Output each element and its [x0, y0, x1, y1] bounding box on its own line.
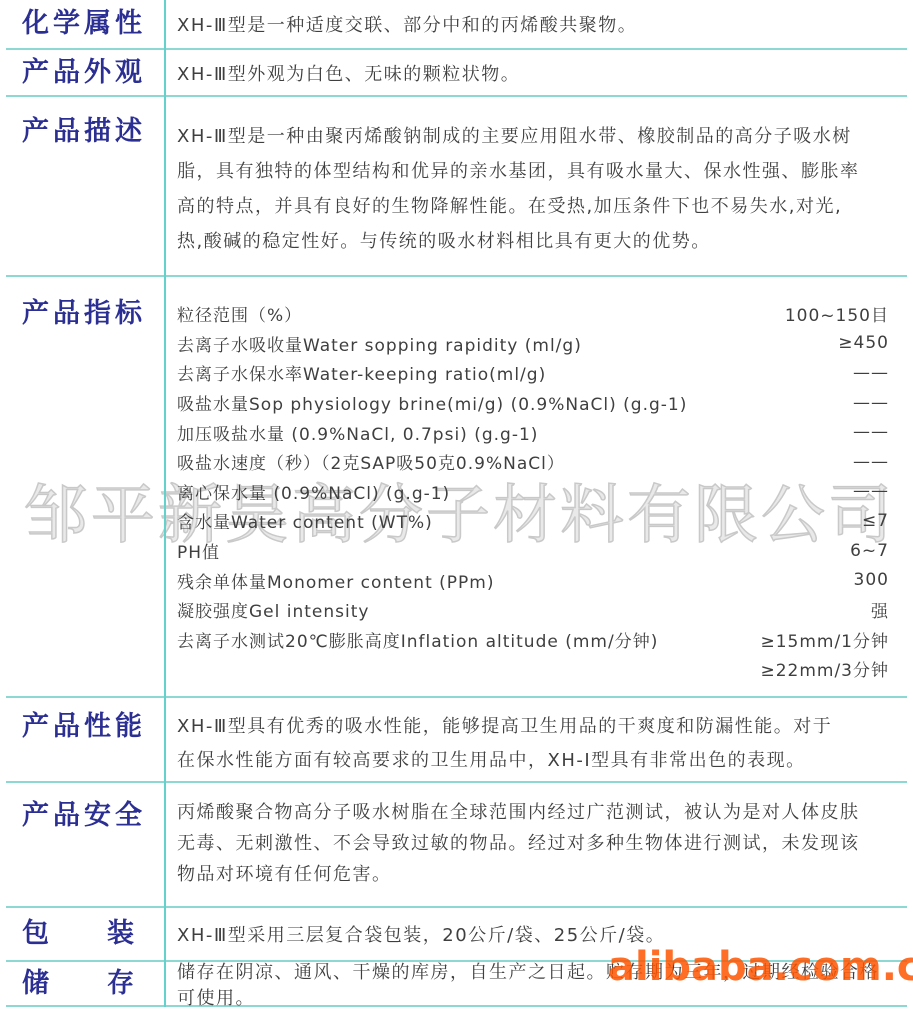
spec-value: ——	[853, 393, 891, 413]
spec-row: 吸盐水速度（秒）（2克SAP吸50克0.9%NaCl） ——	[177, 447, 891, 477]
section-label: 包装	[6, 917, 164, 951]
spec-name: 去离子水吸收量Water sopping rapidity (ml/g)	[177, 331, 582, 356]
section-label: 储存	[6, 967, 164, 1001]
spec-value: 300	[854, 570, 891, 590]
section-chemical-properties: 化学属性 XH-Ⅲ型是一种适度交联、部分中和的丙烯酸共聚物。	[6, 0, 907, 50]
section-product-appearance: 产品外观 XH-Ⅲ型外观为白色、无味的颗粒状物。	[6, 50, 907, 97]
spec-row: 凝胶强度Gel intensity 强	[177, 595, 891, 625]
spec-name: 加压吸盐水量 (0.9%NaCl, 0.7psi) (g.g-1)	[177, 420, 538, 445]
spec-name: PH值	[177, 538, 220, 563]
text-line: 无毒、无刺激性、不会导致过敏的物品。经过对多种生物体进行测试，未发现该	[177, 828, 891, 859]
spec-row: 加压吸盐水量 (0.9%NaCl, 0.7psi) (g.g-1) ——	[177, 417, 891, 447]
spec-name: 离心保水量 (0.9%NaCl) (g.g-1)	[177, 479, 450, 504]
section-product-specs: 产品指标 粒径范围（%） 100~150目 去离子水吸收量Water soppi…	[6, 277, 907, 698]
section-text: 储存在阴凉、通风、干燥的库房，自生产之日起。贮存期为三年，过期经检验合格可使用。	[164, 958, 907, 1010]
spec-name: 吸盐水速度（秒）（2克SAP吸50克0.9%NaCl）	[177, 449, 565, 474]
section-label: 产品性能	[6, 698, 164, 781]
spec-row: PH值 6~7	[177, 536, 891, 566]
section-product-safety: 产品安全 丙烯酸聚合物高分子吸水树脂在全球范围内经过广范测试，被认为是对人体皮肤…	[6, 783, 907, 908]
spec-row: 去离子水吸收量Water sopping rapidity (ml/g) ≥45…	[177, 329, 891, 359]
section-packaging: 包装 XH-Ⅲ型采用三层复合袋包装，20公斤/袋、25公斤/袋。	[6, 908, 907, 962]
product-spec-sheet: 邹平新昊高分子材料有限公司 化学属性 XH-Ⅲ型是一种适度交联、部分中和的丙烯酸…	[0, 0, 913, 1023]
spec-row: 吸盐水量Sop physiology brine(mi/g) (0.9%NaCl…	[177, 388, 891, 418]
text-line: 物品对环境有任何危害。	[177, 859, 891, 890]
spec-row: 粒径范围（%） 100~150目	[177, 299, 891, 329]
spec-value: ≥450	[838, 333, 891, 353]
text-line: 脂，具有独特的体型结构和优异的亲水基团，具有吸水量大、保水性强、膨胀率	[177, 154, 891, 189]
text-line: 丙烯酸聚合物高分子吸水树脂在全球范围内经过广范测试，被认为是对人体皮肤	[177, 797, 891, 828]
spec-name: 凝胶强度Gel intensity	[177, 597, 369, 622]
spec-row: 含水量Water content (WT%) ≤7	[177, 506, 891, 536]
spec-value: ≥22mm/3分钟	[760, 656, 891, 681]
spec-row: ≥22mm/3分钟	[177, 654, 891, 684]
spec-row: 离心保水量 (0.9%NaCl) (g.g-1) ——	[177, 477, 891, 507]
spec-value: 100~150目	[785, 301, 891, 326]
spec-value: ——	[853, 363, 891, 383]
text-line: 热,酸碱的稳定性好。与传统的吸水材料相比具有更大的优势。	[177, 224, 891, 259]
spec-row: 去离子水保水率Water-keeping ratio(ml/g) ——	[177, 358, 891, 388]
section-label: 产品指标	[6, 277, 164, 696]
spec-name: 粒径范围（%）	[177, 301, 302, 326]
spec-table: 化学属性 XH-Ⅲ型是一种适度交联、部分中和的丙烯酸共聚物。 产品外观 XH-Ⅲ…	[0, 0, 913, 1007]
section-label: 产品安全	[6, 783, 164, 906]
section-label: 产品外观	[6, 56, 164, 90]
section-product-description: 产品描述 XH-Ⅲ型是一种由聚丙烯酸钠制成的主要应用阻水带、橡胶制品的高分子吸水…	[6, 97, 907, 277]
section-text: XH-Ⅲ型采用三层复合袋包装，20公斤/袋、25公斤/袋。	[164, 921, 907, 947]
spec-name: 吸盐水量Sop physiology brine(mi/g) (0.9%NaCl…	[177, 390, 687, 415]
section-product-performance: 产品性能 XH-Ⅲ型具有优秀的吸水性能，能够提高卫生用品的干爽度和防漏性能。对于…	[6, 698, 907, 783]
spec-name: 去离子水保水率Water-keeping ratio(ml/g)	[177, 360, 546, 385]
section-text: XH-Ⅲ型具有优秀的吸水性能，能够提高卫生用品的干爽度和防漏性能。对于 在保水性…	[164, 698, 907, 781]
spec-value: ——	[853, 452, 891, 472]
section-storage: 储存 储存在阴凉、通风、干燥的库房，自生产之日起。贮存期为三年，过期经检验合格可…	[6, 962, 907, 1007]
spec-name: 去离子水测试20℃膨胀高度Inflation altitude (mm/分钟)	[177, 627, 658, 652]
text-line: XH-Ⅲ型具有优秀的吸水性能，能够提高卫生用品的干爽度和防漏性能。对于	[177, 710, 891, 744]
column-divider-line	[164, 0, 166, 1007]
spec-row: 去离子水测试20℃膨胀高度Inflation altitude (mm/分钟) …	[177, 625, 891, 655]
section-label-text: 包装	[22, 917, 134, 951]
spec-value: ≤7	[862, 511, 891, 531]
spec-value: 强	[871, 597, 891, 622]
section-text: 丙烯酸聚合物高分子吸水树脂在全球范围内经过广范测试，被认为是对人体皮肤 无毒、无…	[164, 783, 907, 906]
spec-value: ≥15mm/1分钟	[760, 627, 891, 652]
spec-value: 6~7	[850, 541, 891, 561]
text-line: 在保水性能方面有较高要求的卫生用品中，XH-I型具有非常出色的表现。	[177, 744, 891, 778]
section-text: XH-Ⅲ型外观为白色、无味的颗粒状物。	[164, 60, 907, 86]
spec-name: 含水量Water content (WT%)	[177, 508, 433, 533]
spec-rows: 粒径范围（%） 100~150目 去离子水吸收量Water sopping ra…	[164, 277, 907, 696]
spec-value: ——	[853, 422, 891, 442]
section-text: XH-Ⅲ型是一种由聚丙烯酸钠制成的主要应用阻水带、橡胶制品的高分子吸水树 脂，具…	[164, 97, 907, 275]
section-label: 化学属性	[6, 7, 164, 41]
spec-value: ——	[853, 481, 891, 501]
text-line: 高的特点，并具有良好的生物降解性能。在受热,加压条件下也不易失水,对光,	[177, 189, 891, 224]
section-text: XH-Ⅲ型是一种适度交联、部分中和的丙烯酸共聚物。	[164, 11, 907, 37]
text-line: XH-Ⅲ型是一种由聚丙烯酸钠制成的主要应用阻水带、橡胶制品的高分子吸水树	[177, 119, 891, 154]
section-label: 产品描述	[6, 97, 164, 275]
spec-row: 残余单体量Monomer content (PPm) 300	[177, 565, 891, 595]
spec-name: 残余单体量Monomer content (PPm)	[177, 568, 494, 593]
section-label-text: 储存	[22, 967, 134, 1001]
